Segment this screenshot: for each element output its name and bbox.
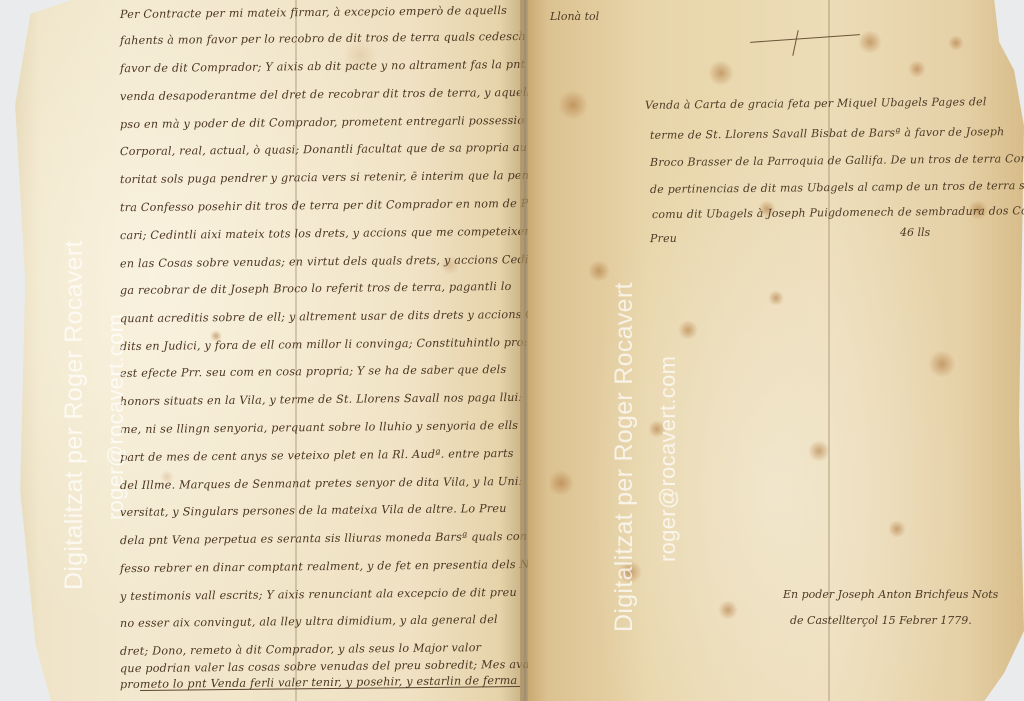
watermark-credit: Digitalitzat per Roger Rocavert	[60, 240, 89, 590]
foxing-spot	[718, 600, 738, 620]
price-mark: 46 lls	[900, 226, 930, 239]
foxing-spot	[548, 470, 574, 496]
foxing-spot	[678, 320, 698, 340]
summary-line: Preu	[650, 232, 677, 245]
foxing-spot	[808, 440, 830, 462]
watermark-email: roger@rocavert.com	[103, 314, 129, 520]
watermark-email: roger@rocavert.com	[655, 356, 681, 562]
foxing-spot	[708, 60, 734, 86]
foxing-spot	[908, 60, 926, 78]
foxing-spot	[888, 520, 906, 538]
notary-date-line: de Castellterçol 15 Febrer 1779.	[790, 614, 972, 627]
notary-signature-line: En poder Joseph Anton Brichfeus Nots	[783, 588, 998, 601]
corner-note: Llonà tol	[550, 10, 599, 23]
foxing-spot	[558, 90, 588, 120]
foxing-spot	[768, 290, 784, 306]
foxing-spot	[948, 35, 964, 51]
foxing-spot	[858, 30, 882, 54]
watermark-credit: Digitalitzat per Roger Rocavert	[610, 282, 639, 632]
foxing-spot	[928, 350, 956, 378]
foxing-spot	[588, 260, 610, 282]
